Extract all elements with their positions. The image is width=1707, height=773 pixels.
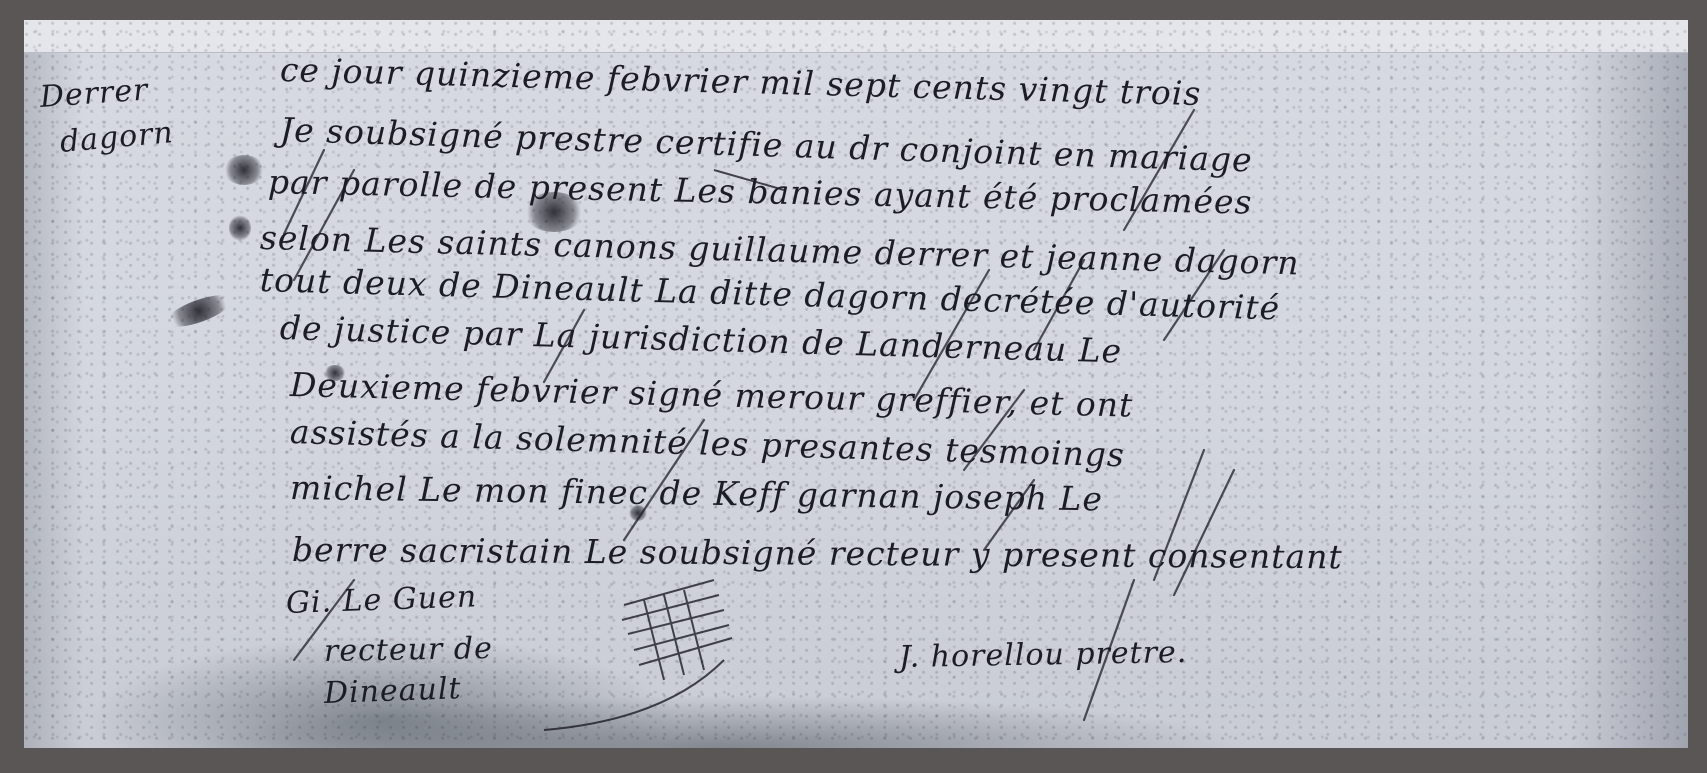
ink-blot bbox=[224, 155, 264, 185]
ink-blot bbox=[229, 215, 251, 241]
ink-blot bbox=[162, 289, 235, 334]
record-line-1: ce jour quinzieme febvrier mil sept cent… bbox=[279, 50, 1201, 113]
record-line-10: berre sacristain Le soubsigné recteur y … bbox=[292, 530, 1343, 576]
record-line-9: michel Le mon finec de Keff garnan josep… bbox=[290, 468, 1103, 518]
signature-rector-parish: Dineault bbox=[323, 671, 462, 711]
margin-note-surname-1: Derrer bbox=[39, 72, 150, 114]
margin-note-surname-2: dagorn bbox=[58, 115, 175, 160]
image-frame: Derrer dagorn ce jour quinzieme febvrier… bbox=[0, 0, 1707, 773]
signature-rector-name: Gi. Le Guen bbox=[285, 579, 477, 621]
document-scan: Derrer dagorn ce jour quinzieme febvrier… bbox=[24, 20, 1688, 748]
signature-rector-title: recteur de bbox=[324, 631, 493, 669]
signature-priest: J. horellou pretre. bbox=[899, 635, 1188, 675]
paper-top-edge bbox=[24, 20, 1688, 53]
